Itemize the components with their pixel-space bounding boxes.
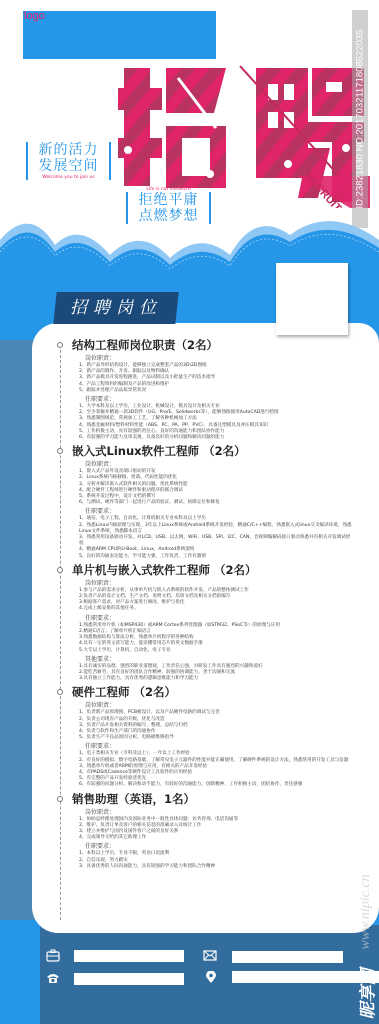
job-entry: 单片机与嵌入式软件工程师 （2名）岗位职责：1.参与产品的需求分析，从事单片机与… bbox=[55, 563, 355, 682]
list-item: 3、具备优秀的人际沟通能力，具有较强的学习能力和团队合作精神 bbox=[79, 864, 355, 870]
group-heading: 岗位职责： bbox=[55, 579, 355, 588]
job-list: 结构工程师岗位职责（2名）岗位职责：1、新产品外形结构设计，能够独立完成整套产品… bbox=[55, 338, 355, 873]
list-item: 4.完成上级安排的其他任务。 bbox=[79, 606, 355, 612]
group-items: 1、本科以上学历，专业不限，英语口语流利2、自信乐观，努力踏实3、具备优秀的人际… bbox=[55, 851, 355, 870]
timeline-node-icon bbox=[57, 796, 63, 802]
section-title-tab: 招聘岗位 bbox=[53, 292, 178, 324]
timeline-node-icon bbox=[57, 567, 63, 573]
group-items: 1、负责新产品原理图、PCB板设计，以及产品硬件电路的调试与完善2、负责公司现有… bbox=[55, 710, 355, 741]
group-heading: 岗位职责： bbox=[55, 460, 355, 469]
slogan-left-en: Welcome you to join us bbox=[34, 175, 103, 180]
job-entry: 销售助理（英语，1名）岗位职责：1、协助总经理处理国内及国际业务中一般性具体问题… bbox=[55, 792, 355, 870]
list-item: 3.具有独立工作能力，具有优秀的逻辑思维能力和学习能力 bbox=[79, 676, 355, 682]
photo-placeholder bbox=[276, 263, 348, 335]
job-title: 硬件工程师 （2名） bbox=[55, 685, 355, 700]
job-title-text: 结构工程师岗位职责（2名） bbox=[72, 338, 218, 352]
job-title: 销售助理（英语，1名） bbox=[55, 792, 355, 807]
job-title-text: 单片机与嵌入式软件工程师 （2名） bbox=[72, 563, 257, 577]
list-item: 2、有良好的模拟、数字电路基础，了解常见电子元器件的性能并能正确使用，了解硬件系… bbox=[79, 758, 355, 764]
group-items: 1.熟悉常用单片机（如MSP430）或ARM Cortex系列处理器（如STM3… bbox=[55, 623, 355, 654]
list-item: 5、跟踪并处理产品品质异常状况 bbox=[79, 388, 355, 394]
group-items: 1、通信、电子工程、自动化、计算机相关专业本科及以上学历2、熟悉Linux内核原… bbox=[55, 516, 355, 559]
list-item: 5、负责生产不良品原因分析，电路板维修指导 bbox=[79, 735, 355, 741]
job-entry: 硬件工程师 （2名）岗位职责：1、负责新产品原理图、PCB板设计，以及产品硬件电… bbox=[55, 685, 355, 788]
group-items: 1、电子类相关专业（专科及以上），一年以上工作经验2、有良好的模拟、数字电路基础… bbox=[55, 751, 355, 788]
section-title: 招聘岗位 bbox=[55, 292, 177, 324]
list-item: 2、熟悉Linux内核原理与实现，3年以上Linux系统或Android系统开发… bbox=[79, 523, 355, 535]
envelope-icon bbox=[203, 950, 217, 963]
list-item: 6、与测试、硬件等部门一起进行产品的验证、测试、故障定位和修复 bbox=[79, 500, 355, 506]
briefcase-icon bbox=[46, 949, 60, 964]
timeline-node-icon bbox=[57, 448, 63, 454]
group-heading: 岗位职责： bbox=[55, 808, 355, 817]
list-item: 6、有较强的学习能力及审美观，具备良好的分析问题和解决问题的能力 bbox=[79, 435, 355, 441]
group-items: 1.参与产品的需求分析，从事单片机与嵌入式系统的软件开发、产品的整体测试工作2.… bbox=[55, 588, 355, 613]
timeline-node-icon bbox=[57, 689, 63, 695]
list-item: 4、完成领导交给的其它助理工作 bbox=[79, 835, 355, 841]
contact-field-phone[interactable] bbox=[74, 973, 184, 985]
timeline-node-icon bbox=[57, 342, 63, 348]
job-entry: 结构工程师岗位职责（2名）岗位职责：1、新产品外形结构设计，能够独立完成整套产品… bbox=[55, 338, 355, 441]
watermark-brand: 昵享网 bbox=[354, 969, 379, 1020]
logo-label: logo bbox=[24, 10, 45, 22]
list-item: 5.大专以上学历，计算机、自动化、电子专业 bbox=[79, 648, 355, 654]
logo-placeholder bbox=[23, 11, 216, 59]
group-items: 1、协助总经理处理国内及国际业务中一般性具体问题：业务咨询、电话沟通等2、维护、… bbox=[55, 817, 355, 842]
location-pin-icon bbox=[206, 971, 216, 986]
contact-field-email[interactable] bbox=[232, 951, 343, 963]
job-title: 嵌入式Linux软件工程师 （2名） bbox=[55, 444, 355, 459]
watermark-id-strip: ID:23821830 NO:20170321171808522035 bbox=[352, 10, 368, 228]
group-heading: 任职要求： bbox=[55, 614, 355, 623]
group-items: 1、新产品外形结构设计，能够独立完成整套产品的3D\2D图纸2、新产品的制作、开… bbox=[55, 363, 355, 394]
group-heading: 任职要求： bbox=[55, 842, 355, 851]
slogan-left-line-1: 新的活力 bbox=[34, 142, 103, 158]
group-heading: 岗位职责： bbox=[55, 354, 355, 363]
job-title: 单片机与嵌入式软件工程师 （2名） bbox=[55, 563, 355, 578]
site-watermark: www.nipic.cn 昵享网 bbox=[355, 838, 377, 1024]
job-title-text: 嵌入式Linux软件工程师 （2名） bbox=[72, 444, 246, 458]
recruitment-poster: logo bbox=[0, 0, 379, 1024]
group-items: 1.具有诚实的品德，强烈的职业道德观，工作责任心强，对研发工作具有强烈的兴趣和爱… bbox=[55, 664, 355, 683]
group-heading: 岗位职责： bbox=[55, 701, 355, 710]
watermark-url: www.nipic.cn bbox=[358, 875, 374, 950]
group-heading: 任职要求： bbox=[55, 742, 355, 751]
contact-field-company[interactable] bbox=[74, 950, 184, 962]
group-heading: 任职要求： bbox=[55, 395, 355, 404]
watermark-id-text: ID:23821830 NO:20170321171808522035 bbox=[355, 30, 366, 209]
list-item: 5、良好的沟通表达能力，学习能力强，工作负责，工作有激情 bbox=[79, 554, 355, 560]
recruit-title-graphic: RECRUITMENT bbox=[118, 58, 370, 208]
list-item: 6、有较强的问题分析、解决和动手能力，有较好的沟通能力，创新精神，工作积极主动，… bbox=[79, 782, 355, 788]
job-title-text: 硬件工程师 （2名） bbox=[72, 685, 176, 699]
job-entry: 嵌入式Linux软件工程师 （2名）岗位职责：1、嵌入式产品外设及端口驱动的开发… bbox=[55, 444, 355, 560]
list-item: 3、熟悉常用设备驱动开发，对LCD、USB、以太网、WiFi、USB、SPI、I… bbox=[79, 535, 355, 547]
job-title-text: 销售助理（英语，1名） bbox=[72, 792, 195, 806]
group-heading: 其他要求： bbox=[55, 655, 355, 664]
group-items: 1、大学本科及以上学历，工业设计、机械设计，模具设计及相关专业2、至少掌握并精通… bbox=[55, 404, 355, 441]
group-items: 1、嵌入式产品外设及端口驱动的开发2、Linux系统内核移植、剪裁、代码性能的优… bbox=[55, 469, 355, 506]
slogan-left: 新的活力 发展空间 Welcome you to join us bbox=[26, 142, 111, 180]
slogan-left-line-2: 发展空间 bbox=[34, 158, 103, 174]
phone-icon bbox=[46, 972, 60, 986]
job-title: 结构工程师岗位职责（2名） bbox=[55, 338, 355, 353]
